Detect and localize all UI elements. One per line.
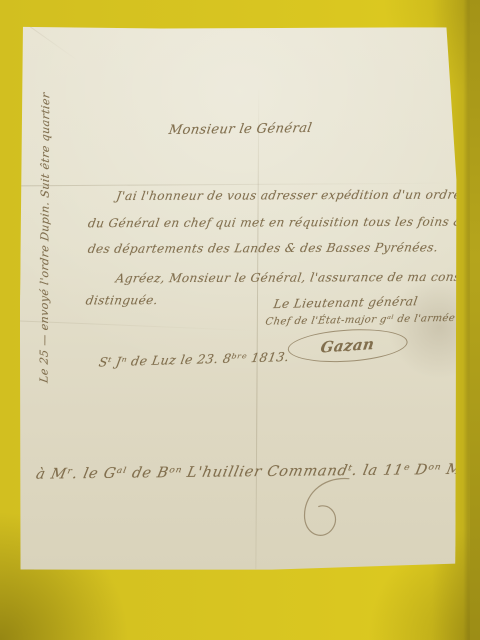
dateline: Sᵗ Jⁿ de Luz le 23. 8ᵇʳᵉ 1813.: [98, 349, 291, 369]
letter-sheet: Le 25 — envoyé l'ordre Dupin. Suit être …: [18, 25, 458, 573]
fold-crease-vertical: [255, 86, 259, 569]
signer-title-line-1: Le Lieutenant général: [273, 294, 419, 311]
photo-of-letter: Le 25 — envoyé l'ordre Dupin. Suit être …: [0, 0, 480, 640]
body-line-2: du Général en chef qui met en réquisitio…: [87, 214, 480, 230]
signature-flourish: Gazan: [287, 326, 409, 366]
margin-annotation: Le 25 — envoyé l'ordre Dupin. Suit être …: [37, 87, 55, 389]
closing-line-2: distinguée.: [85, 293, 159, 307]
signer-title-line-2: Chef de l'État-major gᵃˡ de l'armée: [265, 313, 456, 328]
signature: Gazan: [320, 335, 376, 357]
pen-flourish-loop: [290, 474, 360, 554]
recipient-address: à Mʳ. le Gᵃˡ de Bᵒⁿ L'huillier Commandᵗ.…: [35, 462, 480, 483]
closing-line-1: Agréez, Monsieur le Général, l'assurance…: [115, 270, 480, 286]
body-line-3: des départements des Landes & des Basses…: [87, 240, 439, 256]
backdrop-shadow-strip: [470, 0, 480, 640]
corner-crease: [29, 26, 79, 62]
fold-crease-middle: [20, 320, 260, 331]
body-line-1: J'ai l'honneur de vous adresser expéditi…: [115, 188, 462, 203]
fold-crease-upper: [21, 183, 458, 187]
salutation: Monsieur le Général: [168, 121, 314, 138]
